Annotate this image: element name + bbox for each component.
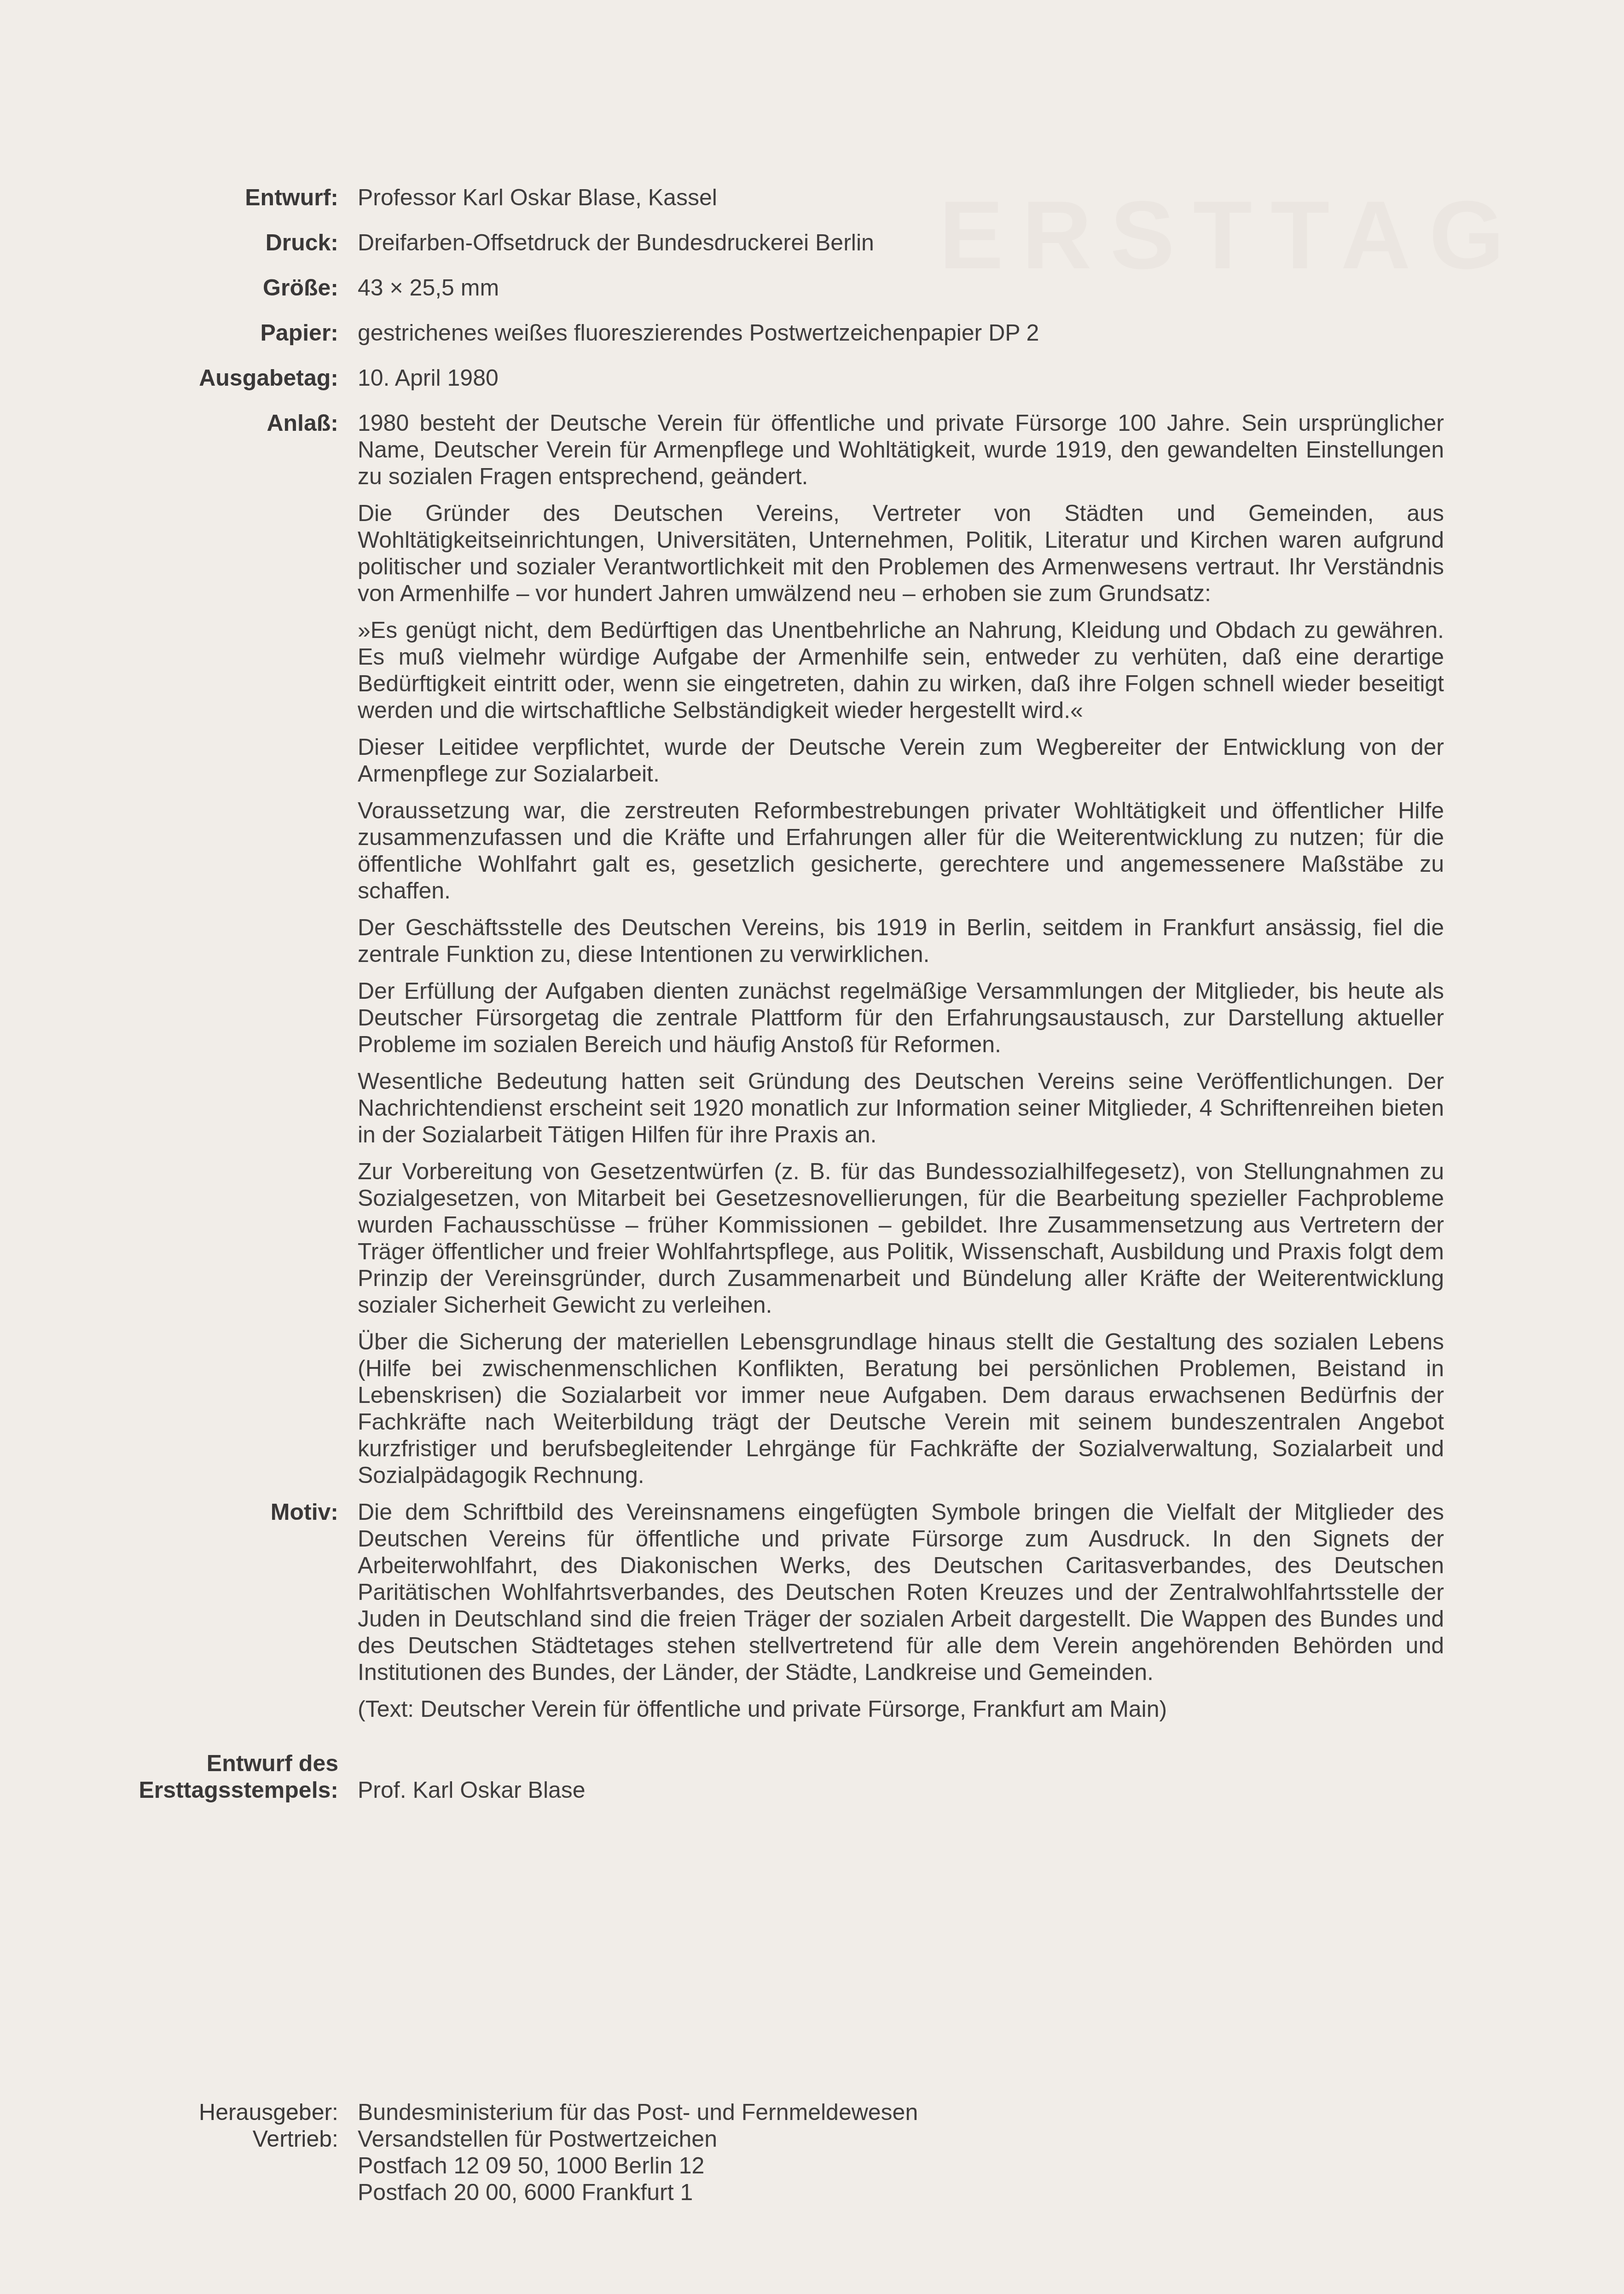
field-label: Druck: — [0, 229, 358, 256]
footer-label: Vertrieb: — [0, 2126, 358, 2152]
field-label: Anlaß: — [0, 410, 358, 436]
field-value: 10. April 1980 — [358, 365, 1444, 391]
field-stempel: Entwurf des Ersttagsstempels: Prof. Karl… — [0, 1750, 1624, 1803]
field-ausgabetag: Ausgabetag: 10. April 1980 — [0, 365, 1624, 391]
footer-value: Bundesministerium für das Post- und Fern… — [358, 2099, 1444, 2126]
footer-herausgeber: Herausgeber: Bundesministerium für das P… — [0, 2099, 1624, 2126]
paragraph: Die dem Schriftbild des Vereinsnamens ei… — [358, 1499, 1444, 1686]
address-line: Postfach 12 09 50, 1000 Berlin 12 — [358, 2152, 1444, 2179]
paragraph: Zur Vorbereitung von Gesetzentwürfen (z.… — [358, 1158, 1444, 1318]
label-line: Entwurf des — [0, 1750, 338, 1777]
footer-label: Herausgeber: — [0, 2099, 358, 2126]
paragraph: Die Gründer des Deutschen Vereins, Vertr… — [358, 500, 1444, 607]
footer-value: Versandstellen für Postwertzeichen Postf… — [358, 2126, 1444, 2206]
field-groesse: Größe: 43 × 25,5 mm — [0, 274, 1624, 301]
field-value: Dreifarben-Offsetdruck der Bundesdrucker… — [358, 229, 1444, 256]
label-line: Ersttagsstempels: — [0, 1777, 338, 1803]
field-label: Motiv: — [0, 1499, 358, 1525]
field-papier: Papier: gestrichenes weißes fluoresziere… — [0, 319, 1624, 346]
field-value: 43 × 25,5 mm — [358, 274, 1444, 301]
paragraph: Der Erfüllung der Aufgaben dienten zunäc… — [358, 978, 1444, 1058]
paragraph: Über die Sicherung der materiellen Leben… — [358, 1328, 1444, 1489]
field-value: gestrichenes weißes fluoreszierendes Pos… — [358, 319, 1444, 346]
publisher-footer: Herausgeber: Bundesministerium für das P… — [0, 2099, 1624, 2206]
field-druck: Druck: Dreifarben-Offsetdruck der Bundes… — [0, 229, 1624, 256]
paragraph: 1980 besteht der Deutsche Verein für öff… — [358, 410, 1444, 490]
stempel-designer: Prof. Karl Oskar Blase — [358, 1777, 1444, 1803]
address-line: Versandstellen für Postwertzeichen — [358, 2126, 1444, 2152]
field-label: Entwurf des Ersttagsstempels: — [0, 1750, 358, 1803]
field-value: Prof. Karl Oskar Blase — [358, 1750, 1444, 1803]
field-label: Ausgabetag: — [0, 365, 358, 391]
address-line: Postfach 20 00, 6000 Frankfurt 1 — [358, 2179, 1444, 2206]
field-value: 1980 besteht der Deutsche Verein für öff… — [358, 410, 1444, 1489]
quote-paragraph: »Es genügt nicht, dem Bedürftigen das Un… — [358, 617, 1444, 724]
field-label: Größe: — [0, 274, 358, 301]
field-value: Die dem Schriftbild des Vereinsnamens ei… — [358, 1499, 1444, 1722]
field-entwurf: Entwurf: Professor Karl Oskar Blase, Kas… — [0, 184, 1624, 211]
stamp-info-sheet: Entwurf: Professor Karl Oskar Blase, Kas… — [0, 184, 1624, 1822]
field-anlass: Anlaß: 1980 besteht der Deutsche Verein … — [0, 410, 1624, 1489]
paragraph: Der Geschäftsstelle des Deutschen Verein… — [358, 914, 1444, 967]
field-label: Entwurf: — [0, 184, 358, 211]
field-value: Professor Karl Oskar Blase, Kassel — [358, 184, 1444, 211]
paragraph: Voraussetzung war, die zerstreuten Refor… — [358, 797, 1444, 904]
paragraph: Wesentliche Bedeutung hatten seit Gründu… — [358, 1068, 1444, 1148]
field-motiv: Motiv: Die dem Schriftbild des Vereinsna… — [0, 1499, 1624, 1722]
paragraph: Dieser Leitidee verpflichtet, wurde der … — [358, 734, 1444, 787]
text-credit: (Text: Deutscher Verein für öffentliche … — [358, 1696, 1444, 1722]
field-label: Papier: — [0, 319, 358, 346]
footer-vertrieb: Vertrieb: Versandstellen für Postwertzei… — [0, 2126, 1624, 2206]
